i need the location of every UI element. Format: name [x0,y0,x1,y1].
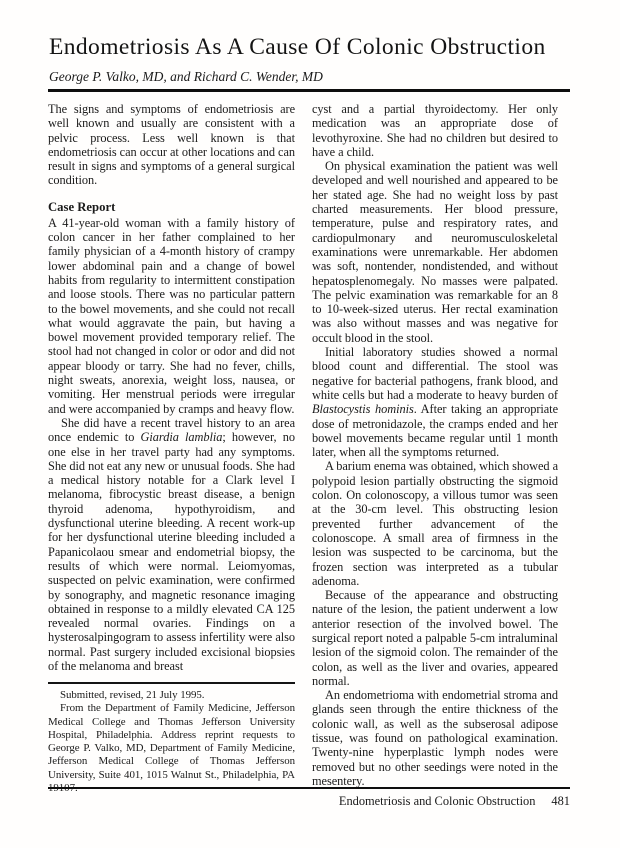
running-title: Endometriosis and Colonic Obstruction [339,794,536,808]
byline: George P. Valko, MD, and Richard C. Wend… [49,69,549,85]
body-paragraph: cyst and a partial thyroidectomy. Her on… [312,102,558,159]
body-paragraph: She did have a recent travel history to … [48,416,295,673]
header-rule [48,89,570,92]
footnote: Submitted, revised, 21 July 1995.From th… [48,689,295,795]
column-right: cyst and a partial thyroidectomy. Her on… [312,102,558,788]
page-footer: Endometriosis and Colonic Obstruction481 [48,794,570,809]
footnote-paragraph: From the Department of Family Medicine, … [48,702,295,795]
section-heading: Case Report [48,200,295,215]
page-number: 481 [551,794,570,808]
article-title: Endometriosis As A Cause Of Colonic Obst… [49,34,589,61]
body-paragraph: An endometrioma with endometrial stroma … [312,688,558,788]
body-paragraph: Initial laboratory studies showed a norm… [312,345,558,459]
body-paragraph: A 41-year-old woman with a family histor… [48,216,295,416]
footer-rule [48,787,570,789]
column-left: The signs and symptoms of endometriosis … [48,102,295,673]
body-paragraph: The signs and symptoms of endometriosis … [48,102,295,188]
body-paragraph: Because of the appearance and obstructin… [312,588,558,688]
body-paragraph: A barium enema was obtained, which showe… [312,459,558,588]
journal-page: Endometriosis As A Cause Of Colonic Obst… [0,0,620,848]
footnote-paragraph: Submitted, revised, 21 July 1995. [48,689,295,702]
footnote-rule [48,682,295,684]
body-paragraph: On physical examination the patient was … [312,159,558,345]
